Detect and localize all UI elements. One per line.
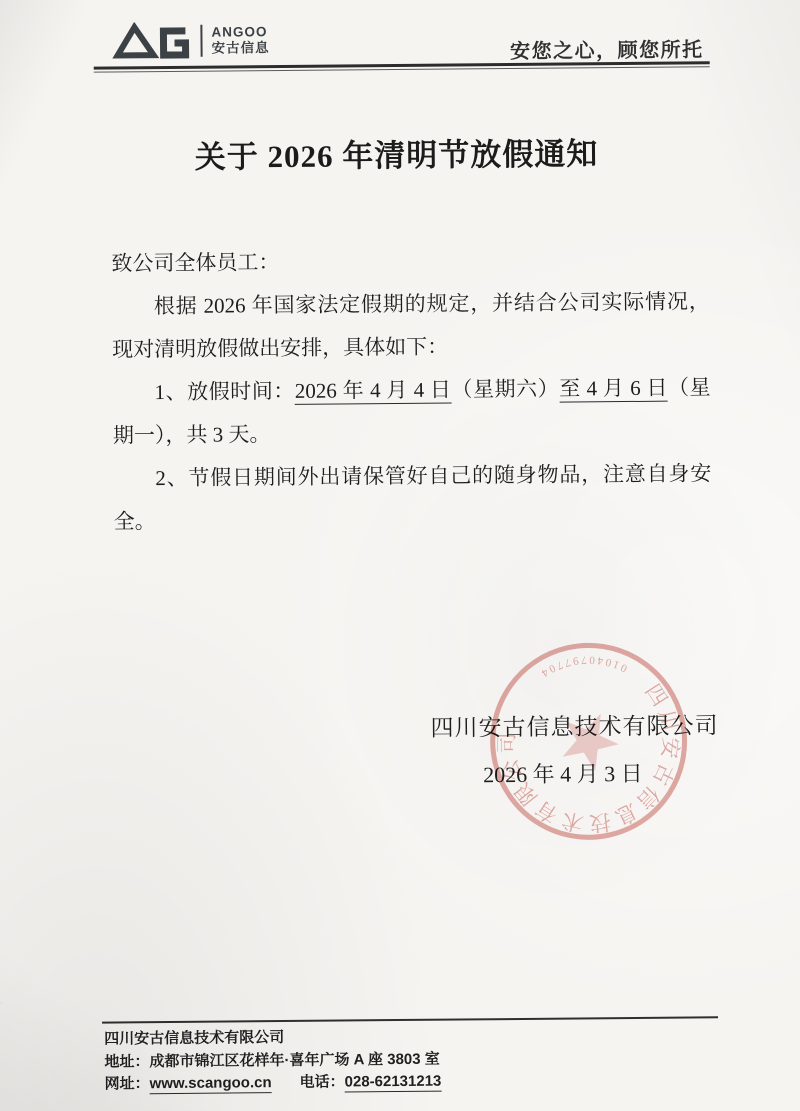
footer-phone-label: 电话： <box>300 1074 345 1091</box>
company-seal-stamp: 四川安古信息技术有限公司 01040797704 <box>483 635 695 847</box>
company-logo: ANGOO 安古信息 <box>111 21 269 60</box>
intro-paragraph: 根据 2026 年国家法定假期的规定，并结合公司实际情况，现对清明放假做出安排，… <box>112 280 711 371</box>
footer-address-label: 地址： <box>104 1053 149 1070</box>
holiday-start-date: 2026 年 4 月 4 日 <box>295 378 452 405</box>
logo-divider <box>200 25 202 57</box>
angoo-logo-icon <box>111 22 191 61</box>
logo-text: ANGOO 安古信息 <box>211 25 269 57</box>
logo-name-en: ANGOO <box>211 25 269 41</box>
seal-star-icon <box>555 711 623 777</box>
footer-rule <box>102 1016 718 1023</box>
footer: 四川安古信息技术有限公司 地址：成都市锦江区花样年·喜年广场 A 座 3803 … <box>104 1026 441 1096</box>
salutation: 致公司全体员工： <box>111 237 709 285</box>
footer-contact-line: 网址：www.scangoo.cn电话：028-62131213 <box>105 1071 442 1096</box>
item-1-holiday-dates: 1、放假时间：2026 年 4 月 4 日（星期六）至 4 月 6 日（星期一）… <box>112 366 711 457</box>
item-2-safety-note: 2、节假日期间外出请保管好自己的随身物品，注意自身安全。 <box>113 452 712 543</box>
holiday-end-date: 至 4 月 6 日 <box>559 376 668 403</box>
item-1-prefix: 1、放假时间： <box>154 379 295 404</box>
footer-phone: 028-62131213 <box>345 1073 442 1093</box>
document-body: 致公司全体员工： 根据 2026 年国家法定假期的规定，并结合公司实际情况，现对… <box>111 237 712 543</box>
item-1-weekday: （星期六） <box>451 377 559 402</box>
header-slogan: 安您之心，顾您所托 <box>510 33 704 64</box>
footer-address: 成都市锦江区花样年·喜年广场 A 座 3803 室 <box>149 1050 439 1070</box>
footer-website: www.scangoo.cn <box>150 1074 272 1094</box>
header-rule <box>94 61 710 72</box>
footer-website-label: 网址： <box>105 1075 150 1092</box>
logo-name-zh: 安古信息 <box>211 40 269 56</box>
scanned-document-page: ANGOO 安古信息 安您之心，顾您所托 关于 2026 年清明节放假通知 致公… <box>0 0 800 1111</box>
document-title: 关于 2026 年清明节放假通知 <box>0 127 797 179</box>
footer-address-line: 地址：成都市锦江区花样年·喜年广场 A 座 3803 室 <box>104 1048 441 1073</box>
paper-sheet: ANGOO 安古信息 安您之心，顾您所托 关于 2026 年清明节放假通知 致公… <box>0 0 800 1111</box>
footer-company: 四川安古信息技术有限公司 <box>104 1026 441 1051</box>
